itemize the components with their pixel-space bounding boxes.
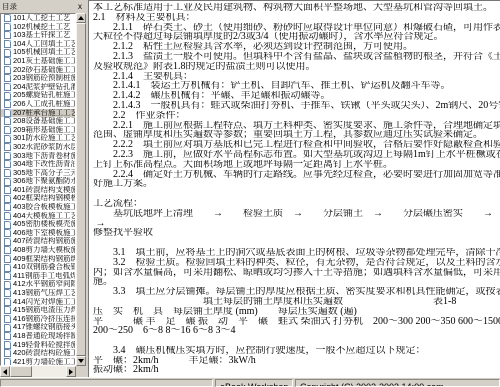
page-icon <box>4 315 11 323</box>
toc-item-label: 302水泥砂浆防水层施 <box>13 143 75 152</box>
page-icon <box>4 264 11 272</box>
doc-line: 2.2.3 施工前，应做好水平高程标志布置。如大型基坑或沟边上每隔1m钉上水平桩… <box>93 150 500 160</box>
toc-item-label: 204泥浆护壁钻孔灌注 <box>13 83 75 92</box>
page-icon <box>4 143 11 151</box>
doc-line: 2.2 作业条件： <box>93 111 500 121</box>
doc-line <box>93 238 500 248</box>
toc-item-label: 412水平钢筋窄间隙焊 <box>13 280 75 289</box>
doc-line: 内；如含水量偏高，可采用翻松、晾晒或均匀掺入干土等措施；如遇填料含水量偏低，可采… <box>93 268 500 278</box>
vertical-scroll-thumb[interactable] <box>76 23 86 356</box>
page-icon <box>4 306 11 314</box>
toc-item[interactable]: 204泥浆护壁钻孔灌注 <box>1 83 75 92</box>
toc-horizontal-scrollbar[interactable] <box>0 366 76 377</box>
page-icon <box>4 23 11 31</box>
arrow-down-icon <box>78 359 84 363</box>
toc-item-label: 101人工挖土工艺 <box>13 14 71 23</box>
toc-item[interactable]: 405密肋楼板模壳施工 <box>1 220 75 229</box>
toc-item-label: 304地下改性沥青油毡 <box>13 160 75 169</box>
page-icon <box>4 57 11 65</box>
toc-item-label: 409框架结构钢筋绑扎 <box>13 255 75 264</box>
toc-item-label: 105机械回填土工艺 <box>13 48 75 57</box>
page-icon <box>4 212 11 220</box>
toc-item[interactable]: 301防水砼施工工艺 <box>1 134 75 143</box>
toc-vertical-scrollbar[interactable] <box>76 13 86 366</box>
toc-item[interactable]: 412水平钢筋窄间隙焊 <box>1 280 75 289</box>
doc-line: 平 碾：2km/h 羊足碾：3kW/h <box>93 356 500 366</box>
toc-item-label: 405密肋楼板模壳施工 <box>13 220 75 229</box>
toc-item-label: 411钢筋手工电弧焊接 <box>13 272 75 281</box>
toc-item-label: 415钢筋电渣压力焊施 <box>13 306 75 315</box>
page-icon <box>4 246 11 254</box>
page-icon <box>4 298 11 306</box>
page-icon <box>4 83 11 91</box>
toc-item-label: 413钢筋气压焊工艺 <box>13 289 75 298</box>
scroll-up-button[interactable] <box>76 13 86 23</box>
status-cell-left <box>0 379 213 387</box>
toc-item[interactable]: 414闪光对焊施工工艺 <box>1 298 75 307</box>
page-icon <box>4 255 11 263</box>
doc-line: 2.1 材料及主要机具： <box>93 13 500 23</box>
page-icon <box>4 324 11 332</box>
status-cell-middle: eBook Workshop <box>215 379 293 387</box>
toc-item[interactable]: 406地下室模板施工工 <box>1 229 75 238</box>
toc-item[interactable]: 419轻骨料砼搅拌施工 <box>1 341 75 350</box>
document-pane[interactable]: 本工艺标准适用于工业及民用建筑物、构筑物大面积平整场地、大型基坑和管沟等回填土。… <box>88 0 500 377</box>
toc-item[interactable]: 103基土钎探工艺 <box>1 31 75 40</box>
app-window: 目录 x 101人工挖土工艺102机械挖土工艺103基土钎探工艺104人工回填土… <box>0 0 500 387</box>
toc-item[interactable]: 208设备基础施工工艺 <box>1 117 75 126</box>
doc-line: 压 实 机 具 每层铺土厚度 (mm) 每层压实遍数 (遍) <box>93 307 500 317</box>
doc-line: 2.1.4 主要机具： <box>93 72 500 82</box>
toc-item-label: 419轻骨料砼搅拌施工 <box>13 341 75 350</box>
page-icon <box>4 117 11 125</box>
toc-item[interactable]: 410双钢筋叠合板钢筋 <box>1 263 75 272</box>
toc-item-label: 201灰土基础施工工艺 <box>13 57 75 66</box>
toc-item[interactable]: 403胶合板模板施工工 <box>1 203 75 212</box>
toc-item[interactable]: 417锥螺纹钢筋接头施 <box>1 323 75 332</box>
page-icon <box>4 272 11 280</box>
toc-item-label: 418普通砼现场拌制施 <box>13 332 75 341</box>
toc-item[interactable]: 418普通砼现场拌制施 <box>1 332 75 341</box>
toc-item[interactable]: 303地下沥青卷材施工 <box>1 152 75 161</box>
toc-item-label: 420砖混结构砼施工工 <box>13 349 75 358</box>
toc-item-label: 401砖混结构支模施工 <box>13 186 75 195</box>
toc-list: 101人工挖土工艺102机械挖土工艺103基土钎探工艺104人工回填土工艺105… <box>0 13 76 366</box>
doc-line: 本工艺标准适用于工业及民用建筑物、构筑物大面积平整场地、大型基坑和管沟等回填土。 <box>93 3 500 13</box>
page-icon <box>4 289 11 297</box>
page-icon <box>4 49 11 57</box>
page-icon <box>4 100 11 108</box>
doc-line: 大粒径不得超过每层铺填厚度的2/3或3/4（使用振动碾时），含水率应符合规定。 <box>93 32 500 42</box>
page-icon <box>4 238 11 246</box>
doc-line: 上钉上标准高程点。大面积场地上或地坪每隔一定距离钉上水平桩。 <box>93 160 500 170</box>
toc-item-label: 403胶合板模板施工工 <box>13 203 75 212</box>
page-icon <box>4 281 11 289</box>
page-icon <box>4 332 11 340</box>
status-bar: eBook Workshop Copyright (C) 2002-2003 1… <box>0 377 500 387</box>
toc-item[interactable]: 404大模板施工工艺 <box>1 212 75 221</box>
doc-line: 平 碾 羊 足 碾 振 动 平 碾 蛙式 柴油式 打夯机 200～300 200… <box>93 317 500 327</box>
page-icon <box>4 92 11 100</box>
page-icon <box>4 349 11 357</box>
toc-item-label: 416钢筋冷挤压连接施 <box>13 315 75 324</box>
toc-item-label: 202砂石基础施工工艺 <box>13 66 75 75</box>
doc-line: 3.4 碾压机械压实填方时，应控制行驶速度，一般不应超过以下规定： <box>93 346 500 356</box>
page-icon <box>4 341 11 349</box>
page-icon <box>4 109 11 117</box>
toc-item[interactable]: 304地下改性沥青油毡 <box>1 160 75 169</box>
toc-item-label: 421剪力墙砼施工工艺 <box>13 358 75 366</box>
toc-item[interactable]: 209箱形基础施工工艺 <box>1 126 75 135</box>
toc-item-label: 206人工成孔桩施工工 <box>13 100 75 109</box>
document-content: 本工艺标准适用于工业及民用建筑物、构筑物大面积平整场地、大型基坑和管沟等回填土。… <box>93 3 500 375</box>
arrow-left-icon <box>3 369 7 375</box>
doc-line: 填土每层的铺土厚度和压实遍数 表1-8 <box>93 297 500 307</box>
doc-line: 2.2.4 确定好土方机械、车辆的行走路线。应事先经过检查，必要时要进行加固加宽… <box>93 170 500 180</box>
doc-line: 2.2.2 填土前应对填方基底和已完工程进行检查和中间验收，合格后要作好隐蔽检查… <box>93 140 500 150</box>
doc-line: 振动碾：2km/h <box>93 365 500 375</box>
toc-item[interactable]: 408剪力墙大模板施工 <box>1 246 75 255</box>
doc-line: 及验收规范》附表1.8的规定的盐渍土则可以使用。 <box>93 62 500 72</box>
doc-line: 2.2.1 施工前应根据工程特点、填方土料种类、密实度要求、施工条件等，合理地确… <box>93 121 500 131</box>
doc-line: 2.1.4.2 碾压机械有：平碾、羊足碾和振动碾等。 <box>93 91 500 101</box>
page-icon <box>4 178 11 186</box>
toc-item-label: 305地下高分子三元乙 <box>13 169 75 178</box>
toc-item[interactable]: 203钢筋砼预制桩施工 <box>1 74 75 83</box>
doc-line: 修整找平验收 <box>93 228 500 238</box>
doc-line: 2.1.4.3 一般机具有：蛙式或柴油打夯机、手推车、铁锹（平头或尖头）、2m钢… <box>93 101 500 111</box>
status-cell-right: Copyright (C) 2002-2003 14:00 com <box>295 379 500 387</box>
toc-item[interactable]: 407砖混结构钢筋施工 <box>1 237 75 246</box>
toc-item[interactable]: 305地下高分子三元乙 <box>1 169 75 178</box>
page-icon <box>4 169 11 177</box>
toc-item[interactable]: 416钢筋冷挤压连接施 <box>1 315 75 324</box>
toc-item-label: 102机械挖土工艺 <box>13 23 71 32</box>
toc-item-label: 207桩承台施工工艺 <box>13 109 75 118</box>
toc-item[interactable]: 421剪力墙砼施工工艺 <box>1 358 75 366</box>
page-icon <box>4 160 11 168</box>
toc-title: 目录 <box>2 1 17 12</box>
toc-item-label: 414闪光对焊施工工艺 <box>13 298 75 307</box>
page-icon <box>4 152 11 160</box>
toc-item-label: 203钢筋砼预制桩施工 <box>13 74 75 83</box>
toc-item[interactable]: 402框架结构钢模板施 <box>1 194 75 203</box>
toc-item-label: 402框架结构钢模板施 <box>13 194 75 203</box>
arrow-right-icon <box>69 369 73 375</box>
scroll-right-button[interactable] <box>66 366 76 377</box>
doc-line: 3.1 填土前，应将基土上的洞穴或基底表面上的树根、垃圾等杂物都处理完毕，清除干… <box>93 248 500 258</box>
toc-item-label: 404大模板施工工艺 <box>13 212 75 221</box>
horizontal-scroll-thumb[interactable] <box>10 366 32 377</box>
toc-item-label: 301防水砼施工工艺 <box>13 134 75 143</box>
toc-item[interactable]: 102机械挖土工艺 <box>1 23 75 32</box>
toc-item[interactable]: 105机械回填土工艺 <box>1 48 75 57</box>
doc-line: → <box>93 219 500 229</box>
toc-item[interactable]: 409框架结构钢筋绑扎 <box>1 255 75 264</box>
scrollbar-corner <box>76 366 86 377</box>
doc-line <box>93 336 500 346</box>
toc-item[interactable]: 302水泥砂浆防水层施 <box>1 143 75 152</box>
doc-line <box>93 189 500 199</box>
doc-line: 2.1.3 盐渍土一般不可使用。但填料中不含有盐晶、盐块或含盐植物的根茎，并符合… <box>93 52 500 62</box>
doc-line: 好施工方案。 <box>93 179 500 189</box>
toc-item[interactable]: 201灰土基础施工工艺 <box>1 57 75 66</box>
page-icon <box>4 195 11 203</box>
scroll-left-button[interactable] <box>0 366 10 377</box>
toc-item-label: 306地下聚氨酯防水涂 <box>13 177 75 186</box>
arrow-up-icon <box>78 16 84 20</box>
doc-line: 基坑底地坪上清理 → 检验土质 → 分层铺土 → 分层碾压密实 → 检验密实度 <box>93 209 500 219</box>
page-icon <box>4 40 11 48</box>
toc-item[interactable]: 415钢筋电渣压力焊施 <box>1 306 75 315</box>
toc-item[interactable]: 306地下聚氨酯防水涂 <box>1 177 75 186</box>
doc-line: 2.1.2 粘性土应检验其含水率，必须达到设计控制范围，方可使用。 <box>93 42 500 52</box>
toc-item-label: 407砖混结构钢筋施工 <box>13 237 75 246</box>
toc-item-label: 406地下室模板施工工 <box>13 229 75 238</box>
toc-item[interactable]: 101人工挖土工艺 <box>1 14 75 23</box>
toc-item[interactable]: 420砖混结构砼施工工 <box>1 349 75 358</box>
page-icon <box>4 74 11 82</box>
doc-line: 3.3 填土应分层铺摊。每层铺土的厚度应根据土质、密实度要求和机具性能确定，或按… <box>93 287 500 297</box>
doc-line: 3.2 检验土质。检验回填土料的种类、粒径，有无杂物，是否符合规定，以及土料的含… <box>93 258 500 268</box>
page-icon <box>4 221 11 229</box>
toc-item[interactable]: 207桩承台施工工艺 <box>1 109 75 118</box>
close-icon[interactable]: x <box>76 3 84 11</box>
toc-item[interactable]: 411钢筋手工电弧焊接 <box>1 272 75 281</box>
toc-item-label: 410双钢筋叠合板钢筋 <box>13 263 75 272</box>
page-icon <box>4 14 11 22</box>
toc-item-label: 205螺旋钻孔桩施工工 <box>13 91 75 100</box>
toc-item[interactable]: 413钢筋气压焊工艺 <box>1 289 75 298</box>
toc-item-label: 208设备基础施工工艺 <box>13 117 75 126</box>
doc-line: 2.1.4.1 装运土方机械有：铲土机、自卸汽车、推土机、铲运机及翻斗车等。 <box>93 81 500 91</box>
toc-item-label: 104人工回填土工艺 <box>13 40 75 49</box>
toc-header: 目录 x <box>0 0 86 13</box>
page-icon <box>4 186 11 194</box>
toc-item[interactable]: 401砖混结构支模施工 <box>1 186 75 195</box>
toc-item[interactable]: 205螺旋钻孔桩施工工 <box>1 91 75 100</box>
doc-line: 施。 <box>93 277 500 287</box>
toc-item-label: 417锥螺纹钢筋接头施 <box>13 323 75 332</box>
doc-line: 工艺流程： <box>93 199 500 209</box>
scroll-down-button[interactable] <box>76 356 86 366</box>
page-icon <box>4 126 11 134</box>
toc-item-label: 408剪力墙大模板施工 <box>13 246 75 255</box>
doc-line: 范围、虚铺厚度和压实遍数等参数；重要回填土方工程，其参数应通过压实试验来确定。 <box>93 130 500 140</box>
page-icon <box>4 229 11 237</box>
toc-item[interactable]: 202砂石基础施工工艺 <box>1 66 75 75</box>
page-icon <box>4 135 11 143</box>
toc-panel: 目录 x 101人工挖土工艺102机械挖土工艺103基土钎探工艺104人工回填土… <box>0 0 86 377</box>
page-icon <box>4 358 11 366</box>
doc-line: 200～250 6～8 8～16 6～8 3～4 <box>93 326 500 336</box>
toc-item[interactable]: 206人工成孔桩施工工 <box>1 100 75 109</box>
page-icon <box>4 31 11 39</box>
toc-item-label: 209箱形基础施工工艺 <box>13 126 75 135</box>
doc-line: 2.1.1 碎石类土、砂土（使用细砂、粉砂时应取得设计单位同意）和爆破石碴，可用… <box>93 23 500 33</box>
page-icon <box>4 203 11 211</box>
toc-item-label: 303地下沥青卷材施工 <box>13 152 75 161</box>
page-icon <box>4 66 11 74</box>
toc-item-label: 103基土钎探工艺 <box>13 31 71 40</box>
toc-item[interactable]: 104人工回填土工艺 <box>1 40 75 49</box>
